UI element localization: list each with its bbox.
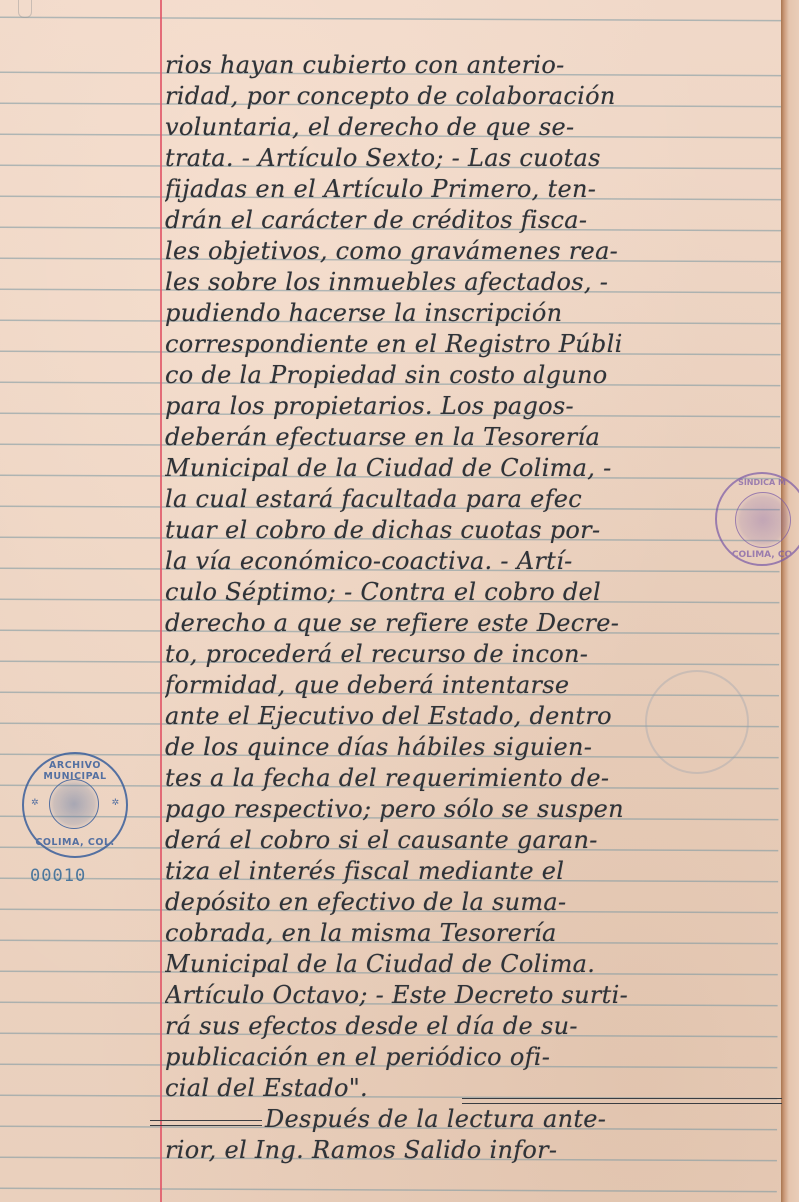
text-line: la vía económico-coactiva. - Artí-	[165, 546, 775, 577]
text-line: rior, el Ing. Ramos Salido infor-	[165, 1135, 775, 1166]
text-line: derecho a que se refiere este Decre-	[165, 608, 775, 639]
eagle-emblem-icon	[735, 492, 791, 548]
text-line: de los quince días hábiles siguien-	[165, 732, 775, 763]
binding-hole	[18, 0, 32, 18]
text-line: rios hayan cubierto con anterio-	[165, 50, 775, 81]
text-line: cobrada, en la misma Tesorería	[165, 918, 775, 949]
text-line: voluntaria, el derecho de que se-	[165, 112, 775, 143]
text-line: les sobre los inmuebles afectados, -	[165, 267, 775, 298]
star-icon: ✲	[111, 798, 119, 808]
municipal-seal-stamp: SÍNDICA M COLIMA, CO	[715, 472, 799, 566]
text-line: rá sus efectos desde el día de su-	[165, 1011, 775, 1042]
text-line: les objetivos, como gravámenes rea-	[165, 236, 775, 267]
text-line: drán el carácter de créditos fisca-	[165, 205, 775, 236]
text-line: publicación en el periódico ofi-	[165, 1042, 775, 1073]
text-line: para los propietarios. Los pagos-	[165, 391, 775, 422]
text-line: la cual estará facultada para efec	[165, 484, 775, 515]
text-line: tuar el cobro de dichas cuotas por-	[165, 515, 775, 546]
seal-top-text: SÍNDICA M	[717, 478, 799, 487]
text-line: depósito en efectivo de la suma-	[165, 887, 775, 918]
text-line: Artículo Octavo; - Este Decreto surti-	[165, 980, 775, 1011]
text-line: pago respectivo; pero sólo se suspen	[165, 794, 775, 825]
text-line: Municipal de la Ciudad de Colima.	[165, 949, 775, 980]
text-line: derá el cobro si el causante garan-	[165, 825, 775, 856]
text-line: pudiendo hacerse la inscripción	[165, 298, 775, 329]
text-line: tes a la fecha del requerimiento de-	[165, 763, 775, 794]
text-line: fijadas en el Artículo Primero, ten-	[165, 174, 775, 205]
archivo-municipal-stamp: ARCHIVO MUNICIPAL ✲ ✲ COLIMA, COL.	[22, 752, 128, 858]
text-line: co de la Propiedad sin costo alguno	[165, 360, 775, 391]
margin-line	[160, 0, 162, 1202]
text-line: Municipal de la Ciudad de Colima, -	[165, 453, 775, 484]
opening-rule	[150, 1120, 262, 1126]
coat-of-arms-icon	[49, 779, 99, 829]
document-page: rios hayan cubierto con anterio- ridad, …	[0, 0, 799, 1202]
handwritten-text: rios hayan cubierto con anterio- ridad, …	[165, 50, 775, 1166]
star-icon: ✲	[31, 798, 39, 808]
text-line: formidad, que deberá intentarse	[165, 670, 775, 701]
text-line: to, procederá el recurso de incon-	[165, 639, 775, 670]
folio-number: 00010	[30, 866, 86, 886]
closing-rule	[462, 1098, 782, 1104]
stamp-bottom-text: COLIMA, COL.	[24, 837, 126, 848]
text-line: correspondiente en el Registro Públi	[165, 329, 775, 360]
text-line: deberán efectuarse en la Tesorería	[165, 422, 775, 453]
text-line: ante el Ejecutivo del Estado, dentro	[165, 701, 775, 732]
seal-bottom-text: COLIMA, CO	[717, 550, 799, 560]
text-line: trata. - Artículo Sexto; - Las cuotas	[165, 143, 775, 174]
text-line: tiza el interés fiscal mediante el	[165, 856, 775, 887]
binding-gutter	[781, 0, 799, 1202]
text-line: ridad, por concepto de colaboración	[165, 81, 775, 112]
text-line: culo Séptimo; - Contra el cobro del	[165, 577, 775, 608]
